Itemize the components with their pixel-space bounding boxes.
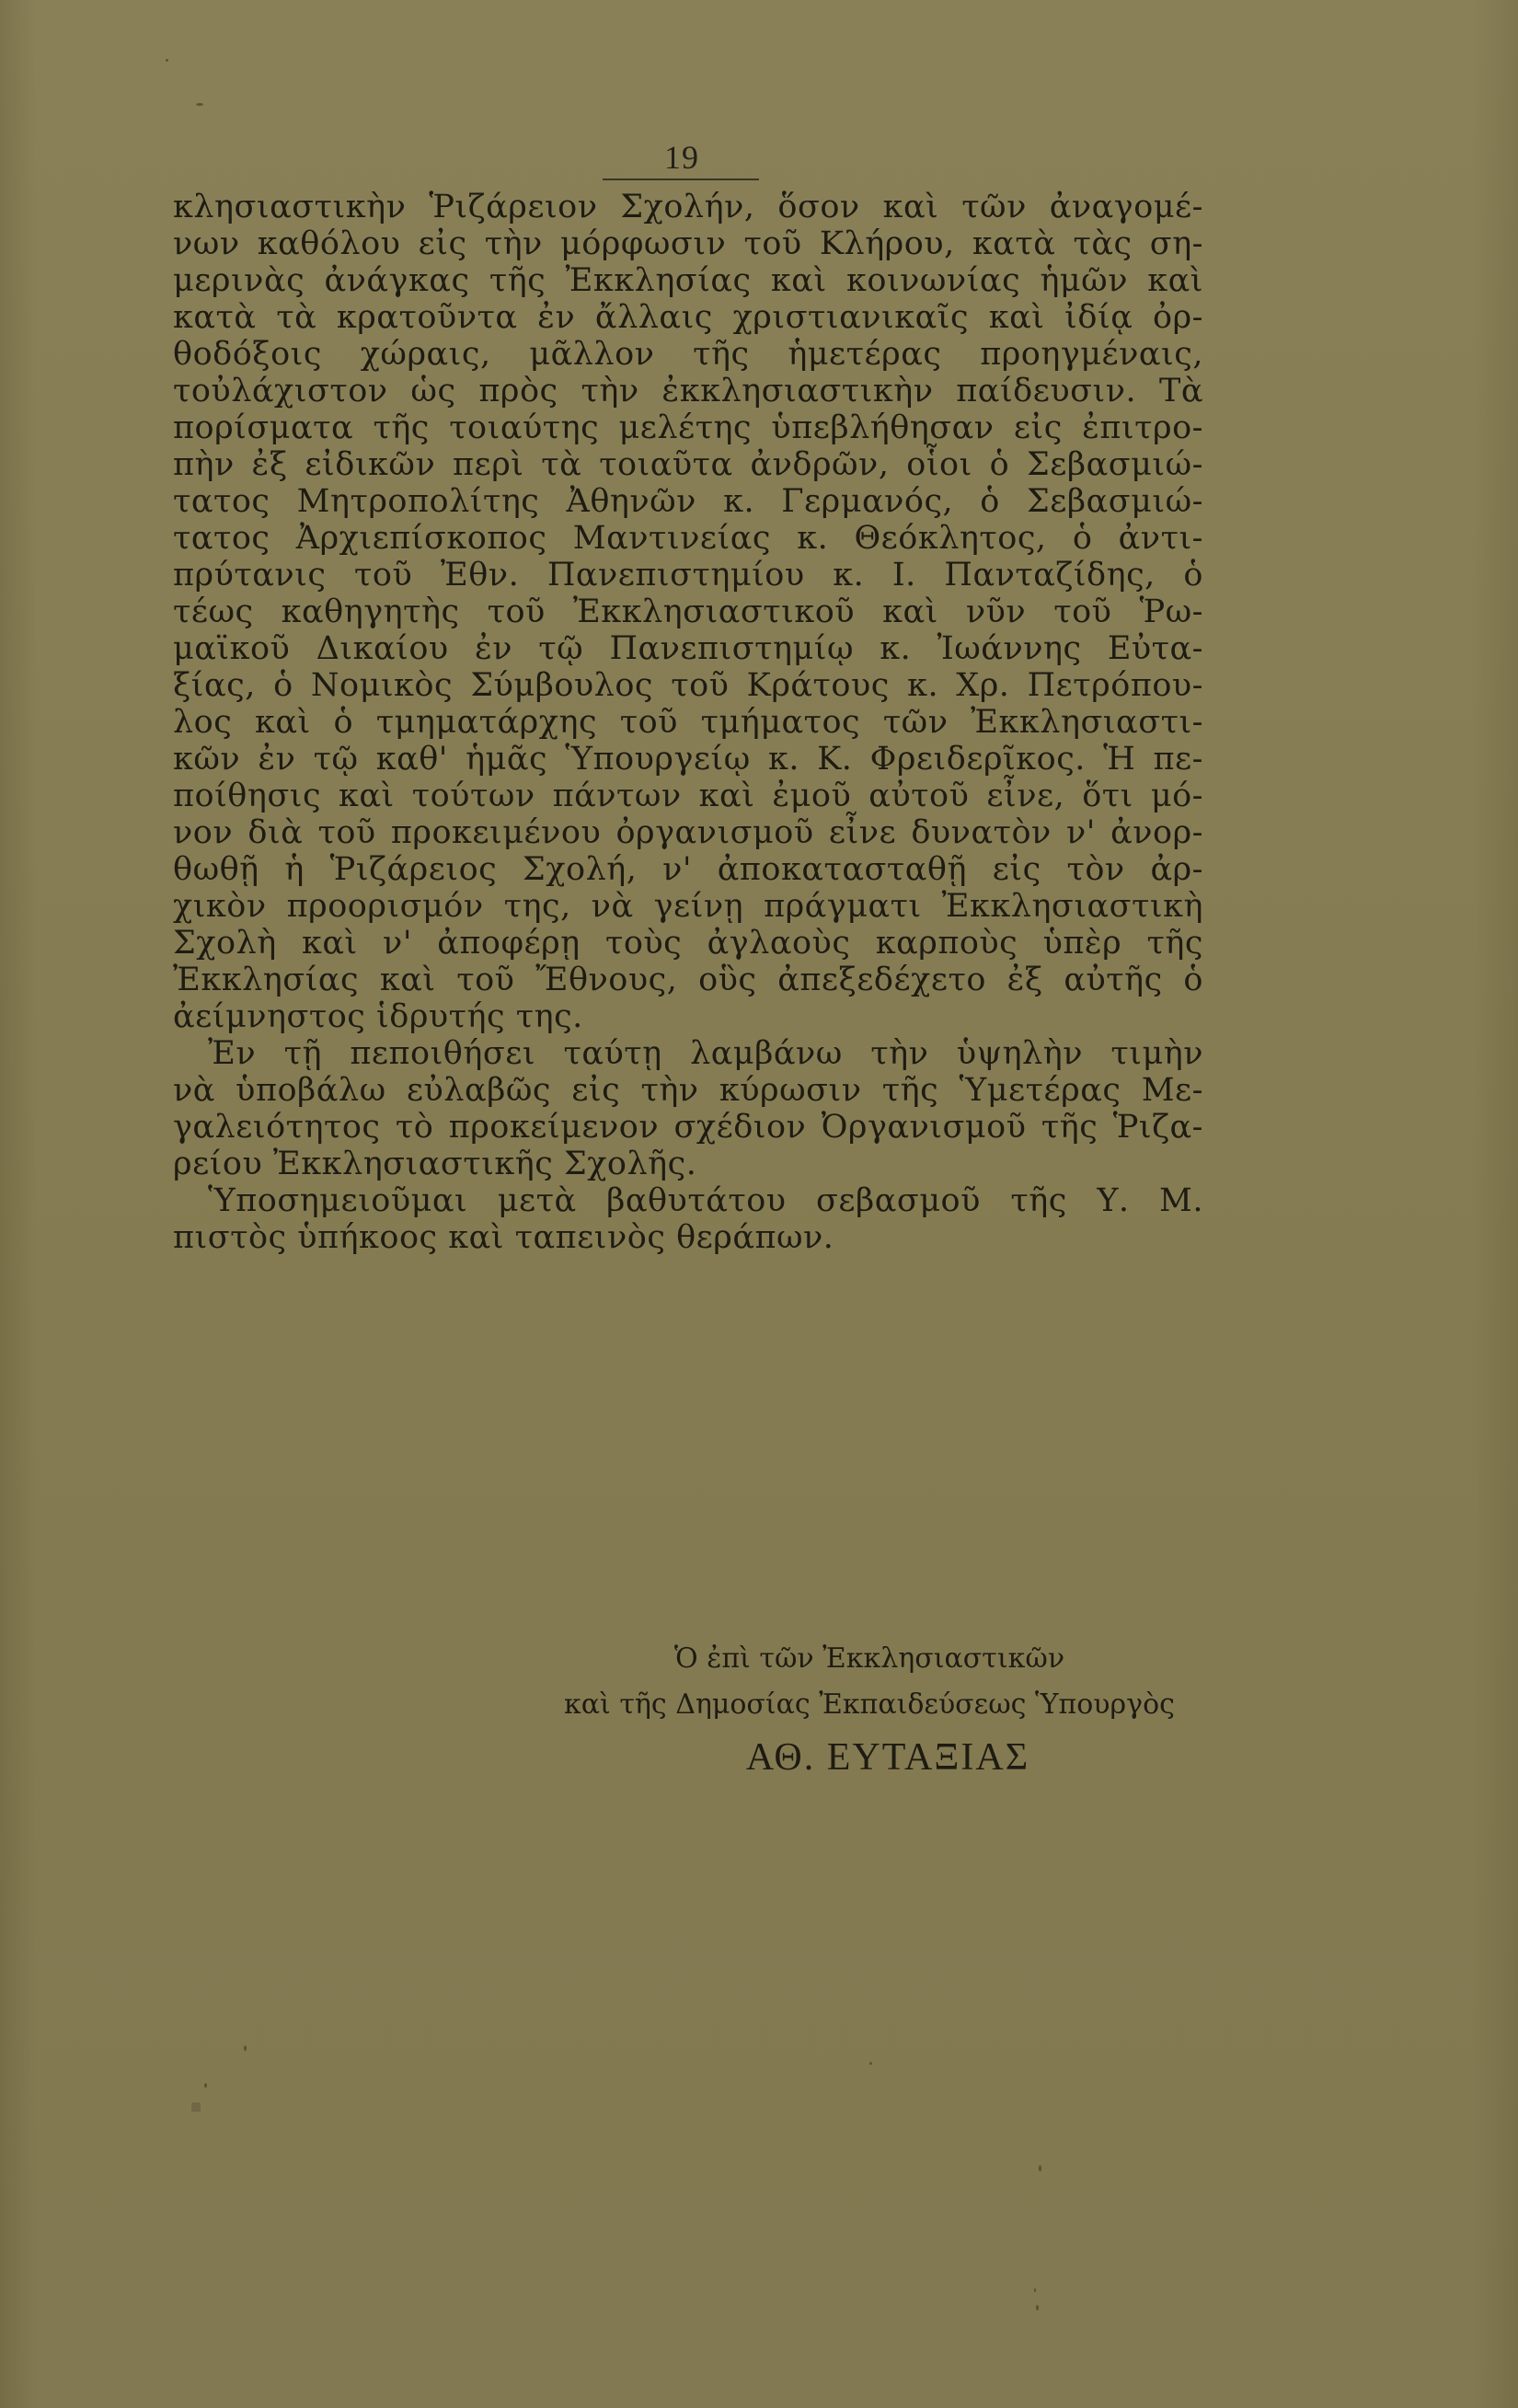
paper-speck xyxy=(1036,2305,1039,2310)
page-number-rule xyxy=(603,179,759,180)
paper-speck xyxy=(196,103,203,106)
body-text: κλησιαστικὴν Ῥιζάρειον Σχολήν, ὅσον καὶ … xyxy=(173,189,1203,1256)
signature-name: ΑΘ. ΕΥΤΑΞΙΑΣ xyxy=(0,1735,1518,1780)
text-line: πρύτανις τοῦ Ἐθν. Πανεπιστημίου κ. Ι. Πα… xyxy=(173,557,1203,593)
text-line: Σχολὴ καὶ ν' ἀποφέρῃ τοὺς ἀγλαοὺς καρποὺ… xyxy=(173,925,1203,962)
text-line: νον διὰ τοῦ προκειμένου ὀργανισμοῦ εἶνε … xyxy=(173,814,1203,851)
text-line: κῶν ἐν τῷ καθ' ἡμᾶς Ὑπουργείῳ κ. Κ. Φρει… xyxy=(173,741,1203,778)
text-line: πὴν ἐξ εἰδικῶν περὶ τὰ τοιαῦτα ἀνδρῶν, ο… xyxy=(173,446,1203,483)
text-line: γαλειότητος τὸ προκείμενον σχέδιον Ὀργαν… xyxy=(173,1109,1203,1146)
paper-speck xyxy=(166,59,168,62)
paper-speck xyxy=(1039,2165,1041,2172)
paper-speck xyxy=(869,2062,872,2065)
signature-title-line-2: καὶ τῆς Δημοσίας Ἐκπαιδεύσεως Ὑπουργὸς xyxy=(0,1688,1518,1721)
text-line: μερινὰς ἀνάγκας τῆς Ἐκκλησίας καὶ κοινων… xyxy=(173,262,1203,299)
text-line: κατὰ τὰ κρατοῦντα ἐν ἄλλαις χριστιανικαῖ… xyxy=(173,299,1203,336)
paper-speck xyxy=(244,2045,247,2051)
paper-speck xyxy=(1034,2288,1036,2292)
text-line-paragraph-start: Ἐν τῇ πεποιθήσει ταύτῃ λαμβάνω τὴν ὑψηλὴ… xyxy=(173,1035,1203,1072)
text-line: τατος Μητροπολίτης Ἀθηνῶν κ. Γερμανός, ὁ… xyxy=(173,483,1203,520)
text-line-paragraph-end: ἀείμνηστος ἱδρυτής της. xyxy=(173,998,1203,1035)
text-line: Ἐκκλησίας καὶ τοῦ Ἔθνους, οὓς ἀπεξεδέχετ… xyxy=(173,962,1203,998)
text-line-paragraph-end: ρείου Ἐκκλησιαστικῆς Σχολῆς. xyxy=(173,1146,1203,1182)
text-line: μαϊκοῦ Δικαίου ἐν τῷ Πανεπιστημίῳ κ. Ἰωά… xyxy=(173,630,1203,667)
text-line: χικὸν προορισμόν της, νὰ γείνῃ πράγματι … xyxy=(173,888,1203,925)
text-line-paragraph-start: Ὑποσημειοῦμαι μετὰ βαθυτάτου σεβασμοῦ τῆ… xyxy=(173,1182,1203,1219)
document-page: 19 κλησιαστικὴν Ῥιζάρειον Σχολήν, ὅσον κ… xyxy=(0,0,1518,2408)
paper-speck xyxy=(204,2083,207,2088)
text-line: τέως καθηγητὴς τοῦ Ἐκκλησιαστικοῦ καὶ νῦ… xyxy=(173,593,1203,630)
text-line: πορίσματα τῆς τοιαύτης μελέτης ὑπεβλήθησ… xyxy=(173,409,1203,446)
text-line: νων καθόλου εἰς τὴν μόρφωσιν τοῦ Κλήρου,… xyxy=(173,225,1203,262)
text-line: θοδόξοις χώραις, μᾶλλον τῆς ἡμετέρας προ… xyxy=(173,336,1203,373)
signature-title-line-1: Ὁ ἐπὶ τῶν Ἐκκλησιαστικῶν xyxy=(0,1642,1518,1675)
text-line: λος καὶ ὁ τμηματάρχης τοῦ τμήματος τῶν Ἐ… xyxy=(173,704,1203,741)
page-number: 19 xyxy=(664,138,699,177)
text-line: κλησιαστικὴν Ῥιζάρειον Σχολήν, ὅσον καὶ … xyxy=(173,189,1203,225)
text-line: τοὐλάχιστον ὡς πρὸς τὴν ἐκκλησιαστικὴν π… xyxy=(173,373,1203,409)
text-line-paragraph-end: πιστὸς ὑπήκοος καὶ ταπεινὸς θεράπων. xyxy=(173,1219,1203,1256)
text-line: ξίας, ὁ Νομικὸς Σύμβουλος τοῦ Κράτους κ.… xyxy=(173,667,1203,704)
text-line: νὰ ὑποβάλω εὐλαβῶς εἰς τὴν κύρωσιν τῆς Ὑ… xyxy=(173,1072,1203,1109)
text-line: τατος Ἀρχιεπίσκοπος Μαντινείας κ. Θεόκλη… xyxy=(173,520,1203,557)
text-line: ποίθησις καὶ τούτων πάντων καὶ ἐμοῦ αὐτο… xyxy=(173,778,1203,814)
text-line: θωθῇ ἡ Ῥιζάρειος Σχολή, ν' ἀποκατασταθῇ … xyxy=(173,851,1203,888)
paper-speck xyxy=(191,2103,201,2112)
